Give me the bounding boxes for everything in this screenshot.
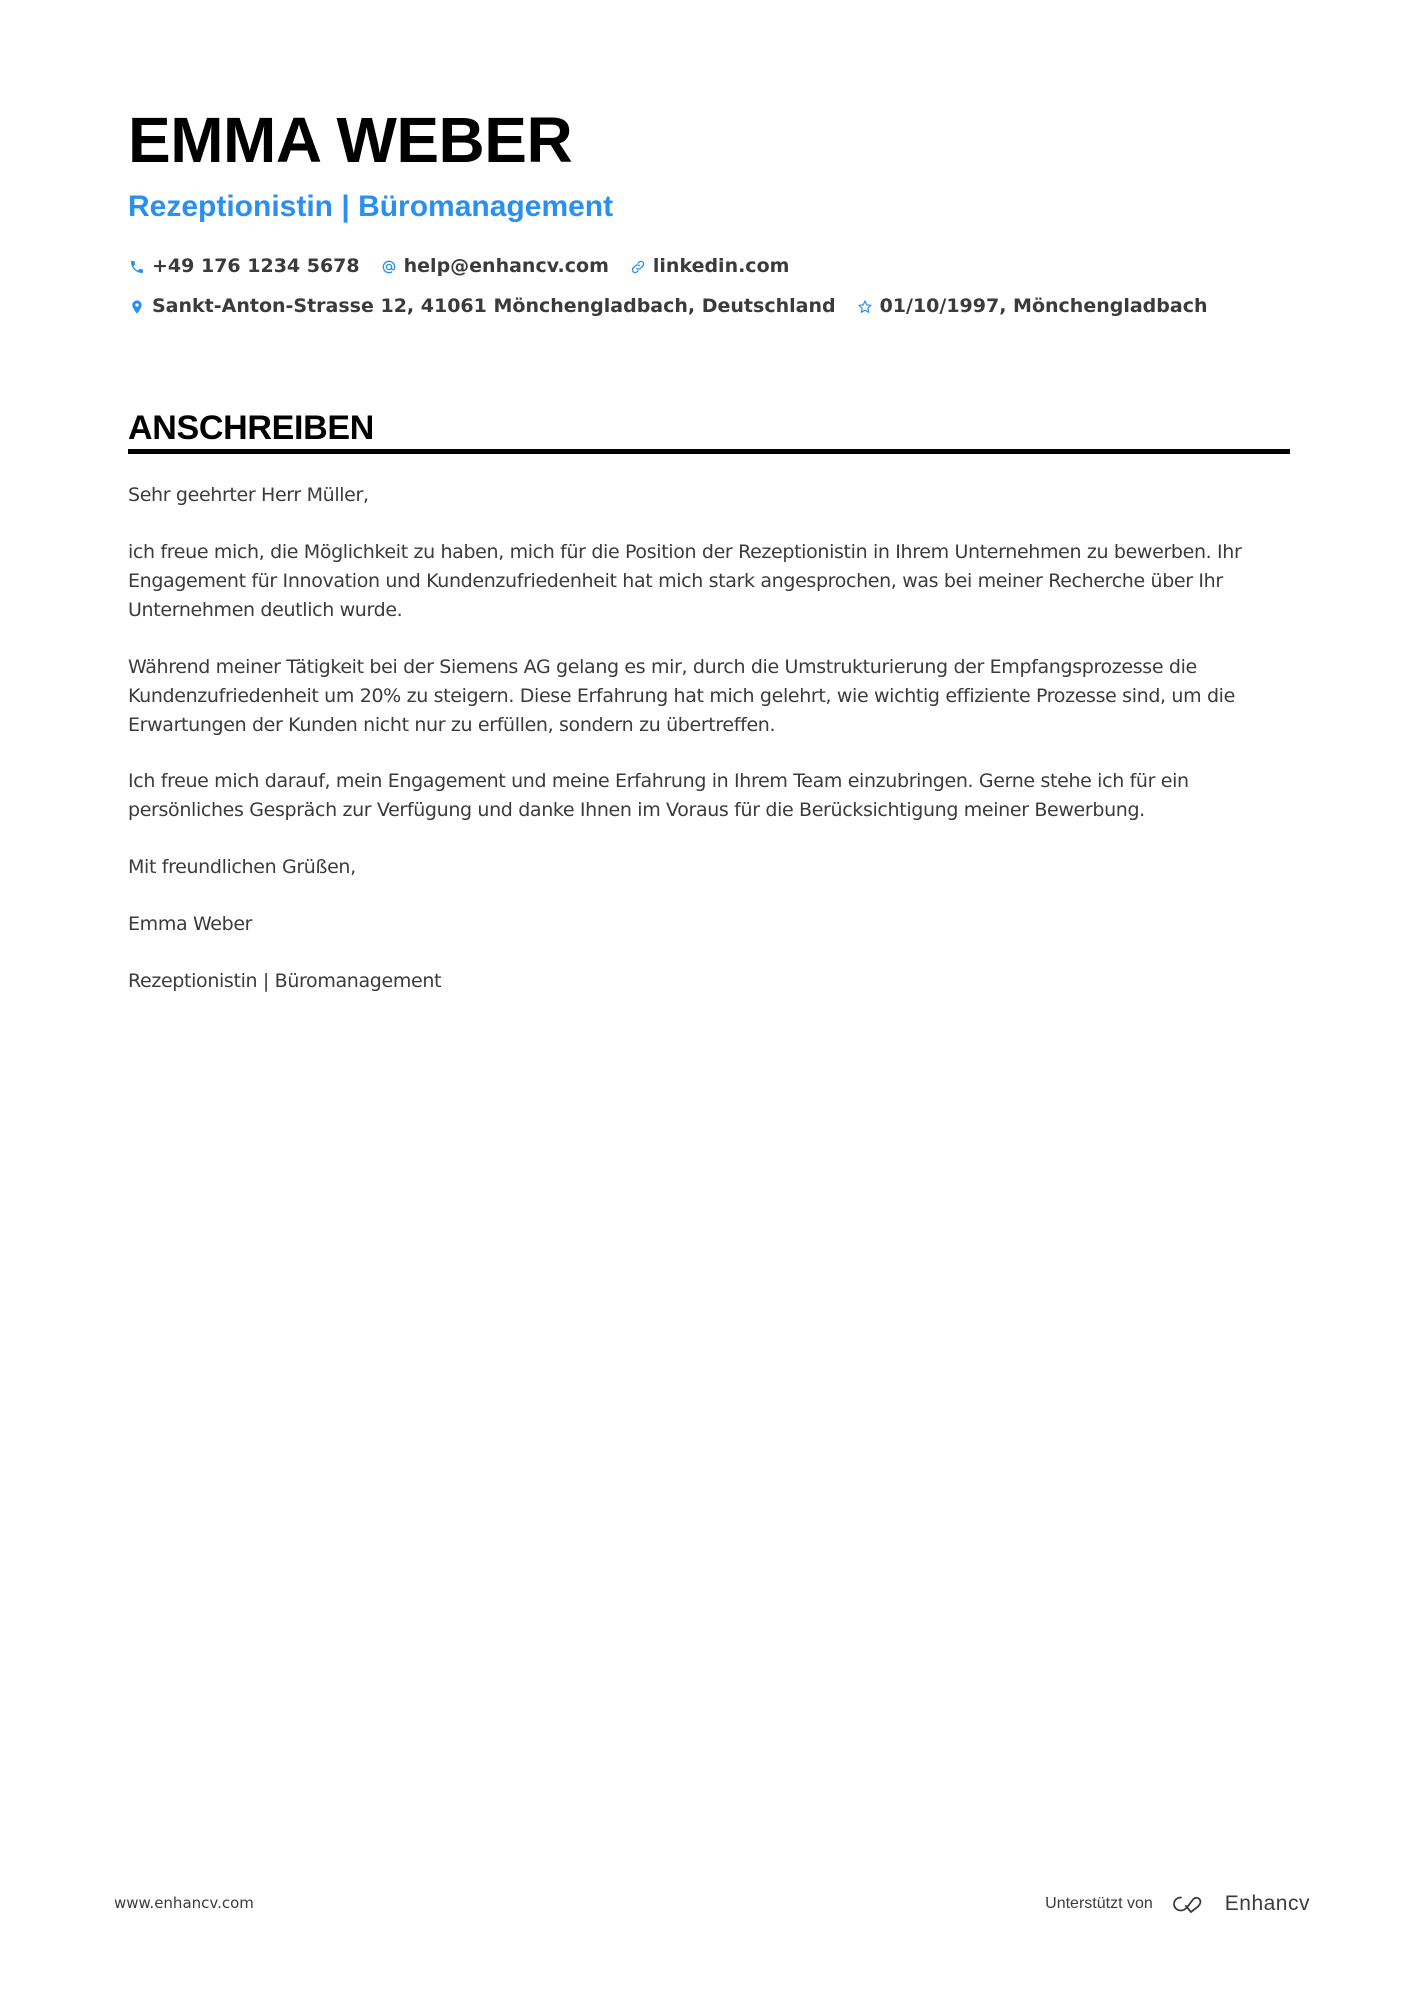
contact-phone: +49 176 1234 5678	[128, 257, 360, 276]
contact-birth: 01/10/1997, Mönchengladbach	[856, 297, 1208, 316]
star-icon	[856, 298, 874, 316]
phone-icon	[128, 258, 146, 276]
section-title: ANSCHREIBEN	[128, 411, 374, 445]
email-link[interactable]: help@enhancv.com	[404, 257, 609, 276]
candidate-title: Rezeptionistin | Büromanagement	[128, 192, 613, 222]
footer-branding[interactable]: Unterstützt von Enhancv	[1045, 1892, 1310, 1916]
phone-text: +49 176 1234 5678	[152, 257, 360, 276]
letter-paragraph-1: ich freue mich, die Möglichkeit zu haben…	[128, 538, 1298, 625]
enhancv-logo-icon	[1165, 1892, 1213, 1916]
letter-paragraph-2: Während meiner Tätigkeit bei der Siemens…	[128, 653, 1298, 740]
contact-address: Sankt-Anton-Strasse 12, 41061 Mönchengla…	[128, 297, 836, 316]
birth-text: 01/10/1997, Mönchengladbach	[880, 297, 1208, 316]
enhancv-brand-text: Enhancv	[1225, 1892, 1310, 1916]
footer-website-link[interactable]: www.enhancv.com	[114, 1896, 254, 1911]
contact-linkedin[interactable]: linkedin.com	[629, 257, 790, 276]
powered-by-text: Unterstützt von	[1045, 1895, 1153, 1913]
at-icon	[380, 258, 398, 276]
candidate-name: EMMA WEBER	[128, 108, 572, 172]
letter-signature-title: Rezeptionistin | Büromanagement	[128, 967, 1298, 996]
section-divider	[128, 449, 1290, 454]
contact-row-1: +49 176 1234 5678 help@enhancv.com linke…	[128, 257, 809, 276]
linkedin-link[interactable]: linkedin.com	[653, 257, 790, 276]
contact-email[interactable]: help@enhancv.com	[380, 257, 609, 276]
letter-signature: Emma Weber	[128, 910, 1298, 939]
address-text: Sankt-Anton-Strasse 12, 41061 Mönchengla…	[152, 297, 836, 316]
letter-closing: Mit freundlichen Grüßen,	[128, 853, 1298, 882]
link-icon	[629, 258, 647, 276]
contact-row-2: Sankt-Anton-Strasse 12, 41061 Mönchengla…	[128, 297, 1228, 316]
letter-paragraph-3: Ich freue mich darauf, mein Engagement u…	[128, 767, 1298, 825]
cover-letter-page: EMMA WEBER Rezeptionistin | Büromanageme…	[0, 0, 1410, 1995]
location-pin-icon	[128, 298, 146, 316]
letter-greeting: Sehr geehrter Herr Müller,	[128, 481, 1298, 510]
